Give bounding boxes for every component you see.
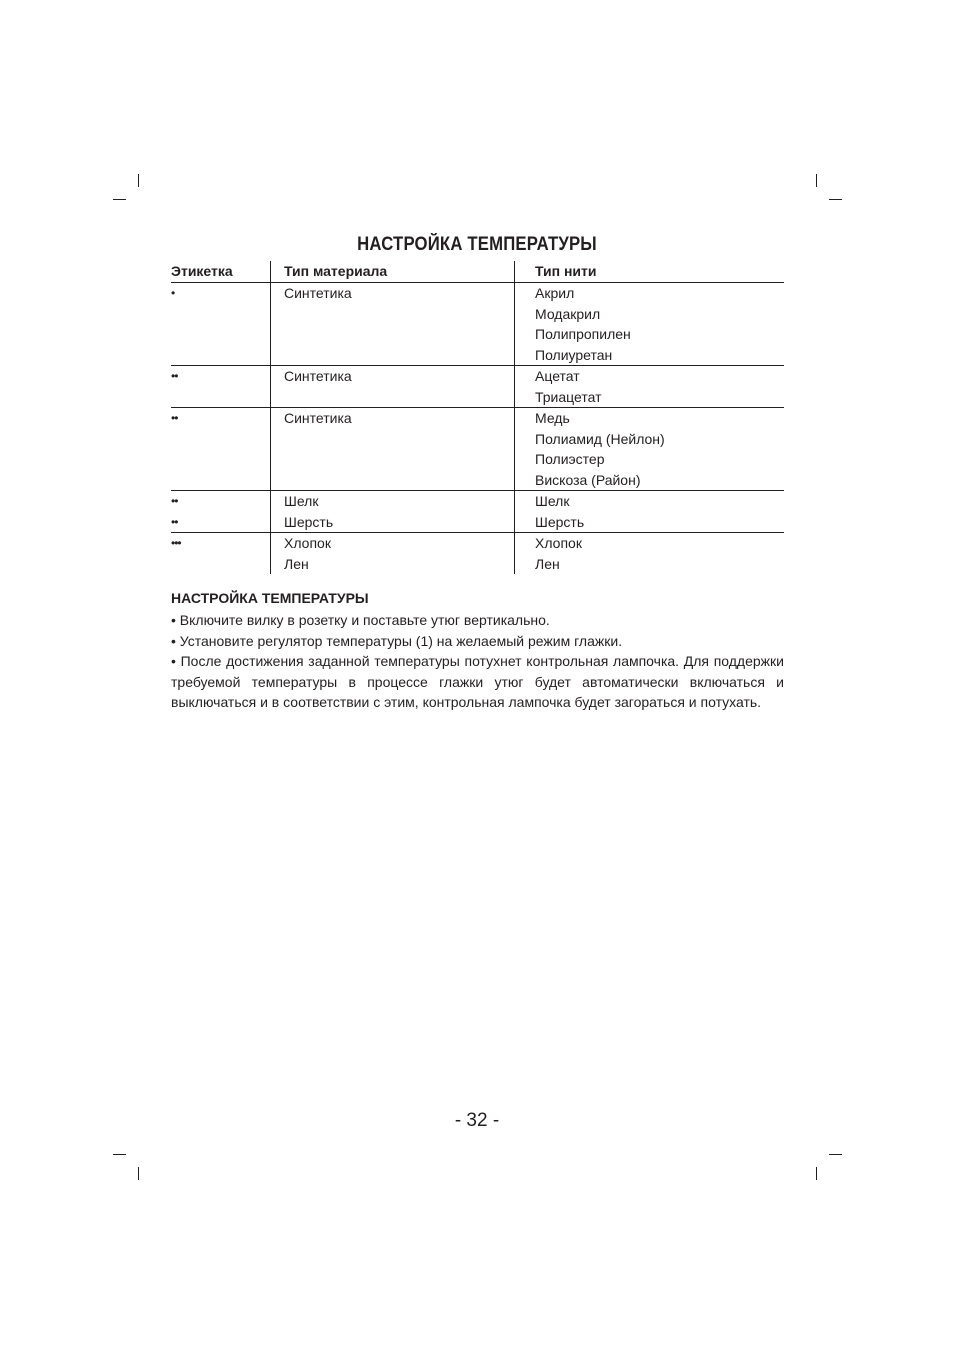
crop-mark: [829, 1154, 842, 1155]
fiber-cell: Ацетат Триацетат: [515, 366, 785, 408]
fiber-item: Полипропилен: [535, 324, 784, 345]
table-header-row: Этикетка Тип материала Тип нити: [171, 261, 784, 283]
fiber-item: Модакрил: [535, 304, 784, 325]
label-cell: •••: [171, 533, 271, 575]
section-heading: НАСТРОЙКА ТЕМПЕРАТУРЫ: [171, 590, 369, 606]
fiber-item: Вискоза (Район): [535, 470, 784, 491]
fiber-item: Акрил: [535, 283, 784, 304]
table-row: • Синтетика Акрил Модакрил Полипропилен …: [171, 283, 784, 366]
page-title: НАСТРОЙКА ТЕМПЕРАТУРЫ: [57, 234, 897, 256]
material-item: Лен: [284, 554, 514, 575]
instruction-paragraph: • Установите регулятор температуры (1) н…: [171, 631, 784, 652]
fiber-item: Хлопок: [535, 533, 784, 554]
material-cell: Хлопок Лен: [271, 533, 515, 575]
header-fiber: Тип нити: [515, 261, 785, 283]
material-cell: Синтетика: [271, 366, 515, 408]
fiber-item: Триацетат: [535, 387, 784, 408]
fiber-item: Ацетат: [535, 366, 784, 387]
material-item: Шерсть: [284, 512, 514, 533]
crop-mark: [829, 199, 842, 200]
material-cell: Шелк Шерсть: [271, 491, 515, 533]
fiber-cell: Шелк Шерсть: [515, 491, 785, 533]
fiber-item: Медь: [535, 408, 784, 429]
crop-mark: [816, 1167, 817, 1180]
fiber-item: Шерсть: [535, 512, 784, 533]
fiber-item: Шелк: [535, 491, 784, 512]
header-label: Этикетка: [171, 261, 271, 283]
label-cell: •• ••: [171, 491, 271, 533]
instruction-paragraph: • Включите вилку в розетку и поставьте у…: [171, 610, 784, 631]
fiber-cell: Хлопок Лен: [515, 533, 785, 575]
material-item: Хлопок: [284, 533, 514, 554]
table-row: •• •• Шелк Шерсть Шелк Шерсть: [171, 491, 784, 533]
page-number: - 32 -: [0, 1110, 954, 1132]
label-item: ••: [171, 491, 270, 512]
label-cell: ••: [171, 408, 271, 491]
material-item: Шелк: [284, 491, 514, 512]
table-row: •• Синтетика Медь Полиамид (Нейлон) Поли…: [171, 408, 784, 491]
fiber-item: Полиэстер: [535, 449, 784, 470]
header-material: Тип материала: [271, 261, 515, 283]
table-row: ••• Хлопок Лен Хлопок Лен: [171, 533, 784, 575]
table-row: •• Синтетика Ацетат Триацетат: [171, 366, 784, 408]
label-cell: •: [171, 283, 271, 366]
material-cell: Синтетика: [271, 408, 515, 491]
crop-mark: [138, 174, 139, 187]
fiber-item: Полиуретан: [535, 345, 784, 366]
fiber-cell: Медь Полиамид (Нейлон) Полиэстер Вискоза…: [515, 408, 785, 491]
temperature-table: Этикетка Тип материала Тип нити • Синтет…: [171, 261, 784, 574]
crop-mark: [816, 174, 817, 187]
material-cell: Синтетика: [271, 283, 515, 366]
fiber-item: Лен: [535, 554, 784, 575]
label-item: ••: [171, 512, 270, 533]
label-cell: ••: [171, 366, 271, 408]
crop-mark: [138, 1167, 139, 1180]
fiber-item: Полиамид (Нейлон): [535, 429, 784, 450]
crop-mark: [113, 1154, 126, 1155]
fiber-cell: Акрил Модакрил Полипропилен Полиуретан: [515, 283, 785, 366]
crop-mark: [113, 199, 126, 200]
instruction-paragraph: • После достижения заданной температуры …: [171, 651, 784, 713]
